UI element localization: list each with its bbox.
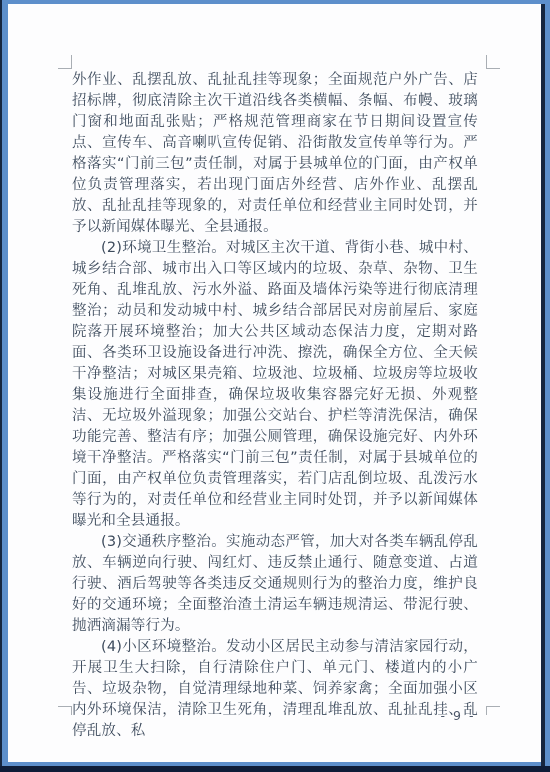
- text-boundary-mark-bottom-left: [58, 706, 72, 715]
- text-boundary-mark-bottom-right: [486, 706, 500, 715]
- page-number: - 9 -: [428, 708, 488, 724]
- page-shadow-right: [541, 4, 545, 766]
- paragraph: 外作业、乱摆乱放、乱扯乱挂等现象；全面规范户外广告、店招标牌，彻底清除主次干道沿…: [72, 70, 478, 238]
- document-page[interactable]: 外作业、乱摆乱放、乱扯乱挂等现象；全面规范户外广告、店招标牌，彻底清除主次干道沿…: [8, 4, 541, 762]
- paragraph: (3)交通秩序整治。实施动态严管，加大对各类车辆乱停乱放、车辆逆向行驶、闯红灯、…: [72, 532, 478, 637]
- page-body-text: 外作业、乱摆乱放、乱扯乱挂等现象；全面规范户外广告、店招标牌，彻底清除主次干道沿…: [72, 70, 478, 742]
- paragraph: (4)小区环境整治。发动小区居民主动参与清洁家园行动，开展卫生大扫除，自行清除住…: [72, 637, 478, 742]
- text-boundary-mark-top-right: [486, 55, 500, 69]
- window-edge-left: [0, 0, 2, 766]
- paragraph: (2)环境卫生整治。对城区主次干道、背街小巷、城中村、城乡结合部、城市出入口等区…: [72, 238, 478, 532]
- text-boundary-mark-top-left: [58, 55, 72, 69]
- document-window: 外作业、乱摆乱放、乱扯乱挂等现象；全面规范户外广告、店招标牌，彻底清除主次干道沿…: [0, 0, 550, 772]
- window-edge-bottom: [0, 766, 550, 772]
